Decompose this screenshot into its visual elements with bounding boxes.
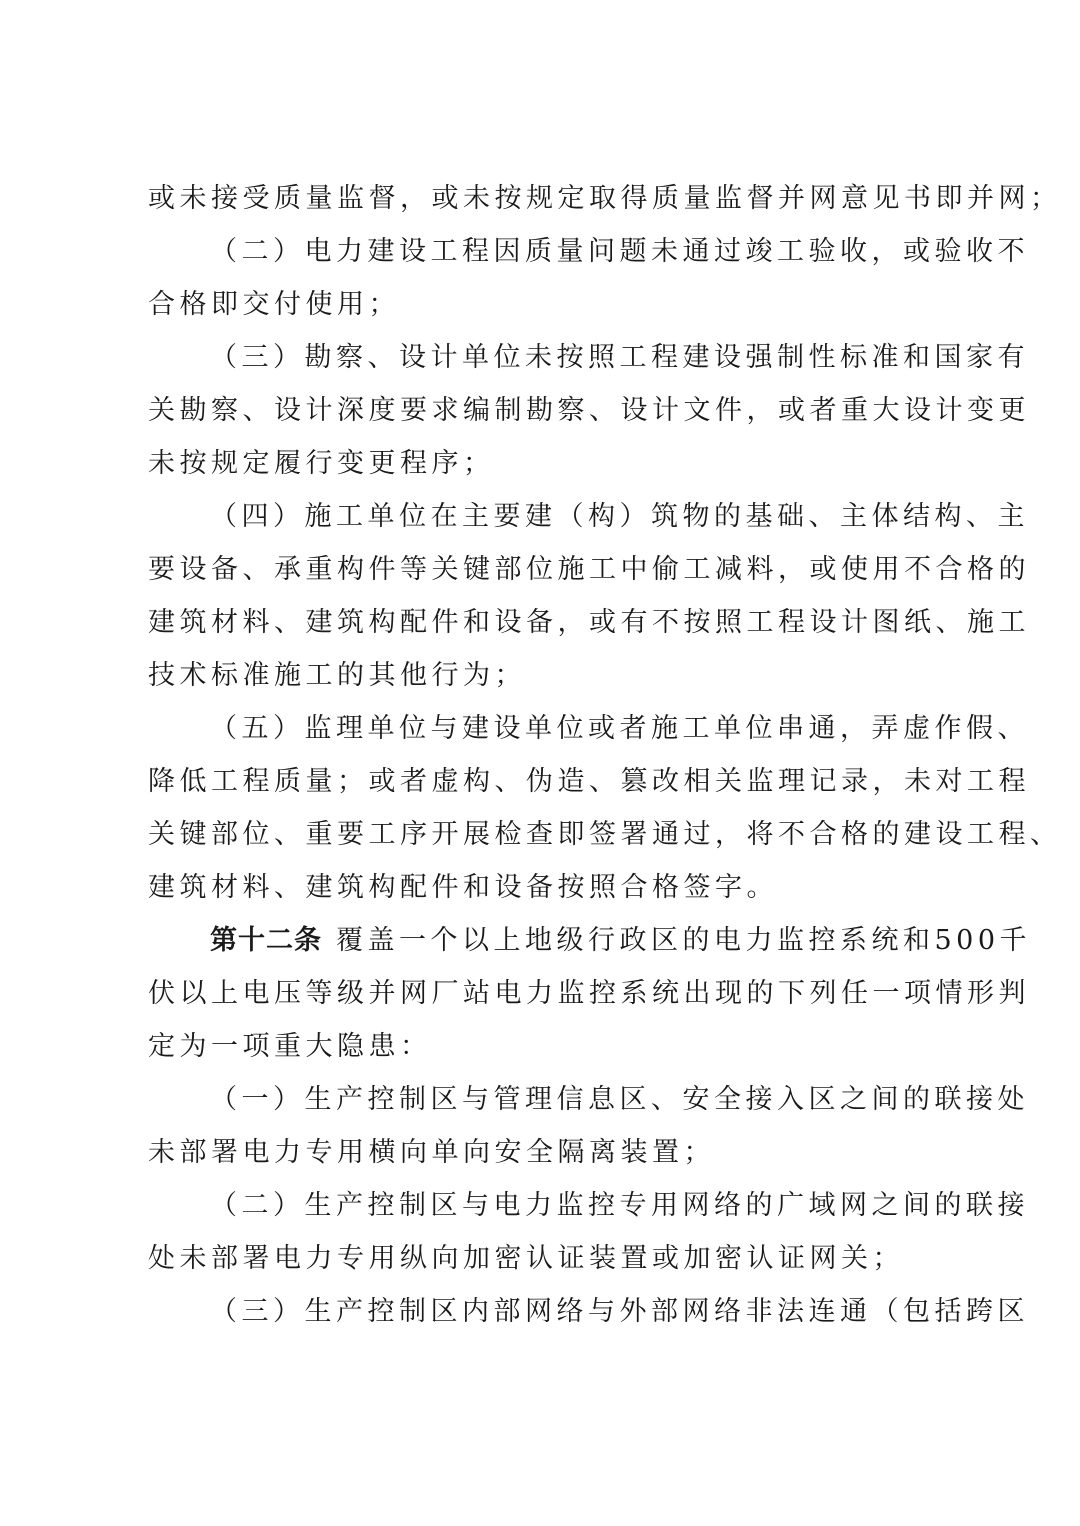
text-line: 关勘察、设计深度要求编制勘察、设计文件，或者重大设计变更 (148, 384, 934, 437)
paragraph-continuation: 或未接受质量监督，或未按规定取得质量监督并网意见书即并网； (148, 172, 934, 225)
text-line: 或未接受质量监督，或未按规定取得质量监督并网意见书即并网； (148, 172, 934, 225)
paragraph-article-12: 第十二条覆盖一个以上地级行政区的电力监控系统和500千 伏以上电压等级并网厂站电… (148, 914, 934, 1073)
text-line: 降低工程质量；或者虚构、伪造、篡改相关监理记录，未对工程 (148, 755, 934, 808)
text-line: 处未部署电力专用纵向加密认证装置或加密认证网关； (148, 1232, 934, 1285)
text-line: 未部署电力专用横向单向安全隔离装置； (148, 1126, 934, 1179)
text-line: 未按规定履行变更程序； (148, 437, 934, 490)
text-line: （四）施工单位在主要建（构）筑物的基础、主体结构、主 (148, 490, 934, 543)
article-text: 覆盖一个以上地级行政区的电力监控系统和500千 (336, 925, 1031, 956)
text-line: 伏以上电压等级并网厂站电力监控系统出现的下列任一项情形判 (148, 967, 934, 1020)
paragraph-art12-item-2: （二）生产控制区与电力监控专用网络的广域网之间的联接 处未部署电力专用纵向加密认… (148, 1179, 934, 1285)
text-line: 定为一项重大隐患： (148, 1020, 934, 1073)
paragraph-art12-item-3: （三）生产控制区内部网络与外部网络非法连通（包括跨区 (148, 1285, 934, 1338)
text-line: 建筑材料、建筑构配件和设备，或有不按照工程设计图纸、施工 (148, 596, 934, 649)
text-line: （五）监理单位与建设单位或者施工单位串通，弄虚作假、 (148, 702, 934, 755)
paragraph-item-3: （三）勘察、设计单位未按照工程建设强制性标准和国家有 关勘察、设计深度要求编制勘… (148, 331, 934, 490)
text-line: 要设备、承重构件等关键部位施工中偷工减料，或使用不合格的 (148, 543, 934, 596)
text-line: （三）勘察、设计单位未按照工程建设强制性标准和国家有 (148, 331, 934, 384)
paragraph-item-4: （四）施工单位在主要建（构）筑物的基础、主体结构、主 要设备、承重构件等关键部位… (148, 490, 934, 702)
text-line: 合格即交付使用； (148, 278, 934, 331)
text-line: 建筑材料、建筑构配件和设备按照合格签字。 (148, 861, 934, 914)
text-line: （三）生产控制区内部网络与外部网络非法连通（包括跨区 (148, 1285, 934, 1338)
paragraph-art12-item-1: （一）生产控制区与管理信息区、安全接入区之间的联接处 未部署电力专用横向单向安全… (148, 1073, 934, 1179)
paragraph-item-5: （五）监理单位与建设单位或者施工单位串通，弄虚作假、 降低工程质量；或者虚构、伪… (148, 702, 934, 914)
text-line: （一）生产控制区与管理信息区、安全接入区之间的联接处 (148, 1073, 934, 1126)
text-line: （二）电力建设工程因质量问题未通过竣工验收，或验收不 (148, 225, 934, 278)
document-page: 或未接受质量监督，或未按规定取得质量监督并网意见书即并网； （二）电力建设工程因… (148, 172, 934, 1338)
text-line: 第十二条覆盖一个以上地级行政区的电力监控系统和500千 (148, 914, 934, 967)
text-line: （二）生产控制区与电力监控专用网络的广域网之间的联接 (148, 1179, 934, 1232)
article-heading: 第十二条 (210, 925, 322, 956)
paragraph-item-2: （二）电力建设工程因质量问题未通过竣工验收，或验收不 合格即交付使用； (148, 225, 934, 331)
text-line: 关键部位、重要工序开展检查即签署通过，将不合格的建设工程、 (148, 808, 934, 861)
text-line: 技术标准施工的其他行为； (148, 649, 934, 702)
